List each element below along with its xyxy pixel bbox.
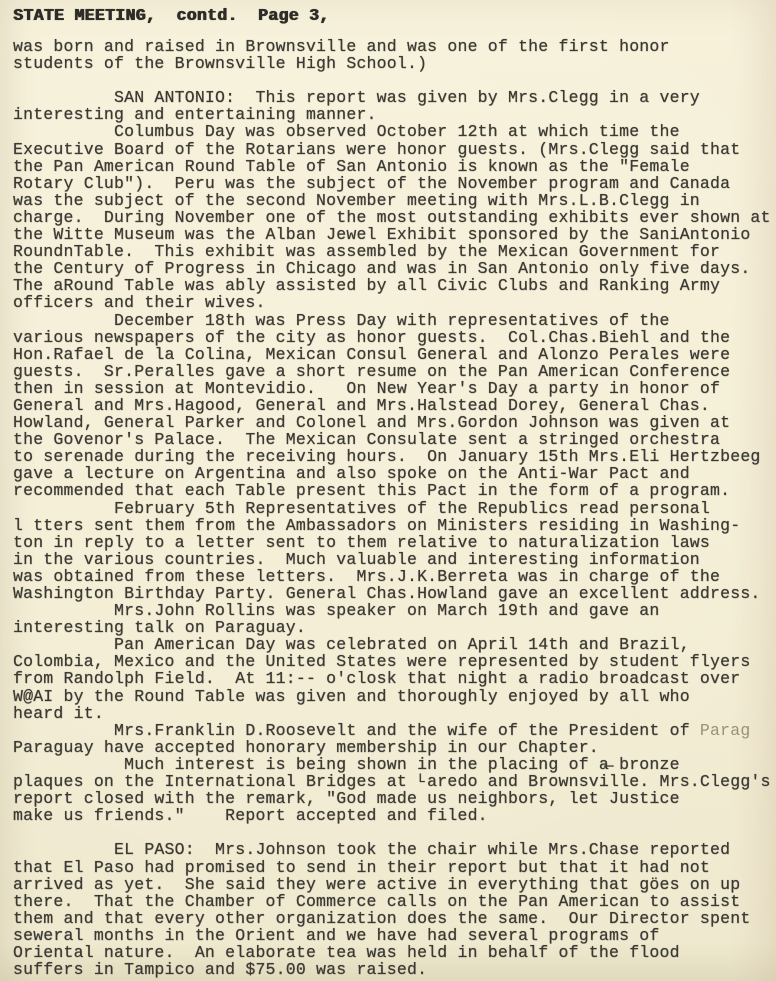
text-line: EL PASO: Mrs.Johnson took the chair whil… — [13, 841, 776, 858]
text-line: students of the Brownsville High School.… — [13, 55, 776, 72]
text-line: Much interest is being shown in the plac… — [13, 756, 776, 773]
text-line: then in session at Montevidio. On New Ye… — [13, 380, 776, 397]
text-line: December 18th was Press Day with represe… — [13, 312, 776, 329]
text-line: RoundnTable. This exhibit was assembled … — [13, 243, 776, 260]
text-line: ton in reply to a letter sent to them re… — [13, 534, 776, 551]
text-line: W@AI by the Round Table was given and th… — [13, 688, 776, 705]
text-line: The aRound Table was ably assisted by al… — [13, 277, 776, 294]
text-line: to serenade during the receiving hours. … — [13, 448, 776, 465]
text-line: Oriental nature. An elaborate tea was he… — [13, 944, 776, 961]
text-line: Rotary Club"). Peru was the subject of t… — [13, 175, 776, 192]
faded-text: Parag — [700, 721, 751, 740]
text-line: plaques on the International Bridges at … — [13, 773, 776, 790]
text-line: Hon.Rafael de la Colina, Mexican Consul … — [13, 346, 776, 363]
page-header: STATE MEETING, contd. Page 3, — [13, 6, 329, 25]
text-line: Washington Birthday Party. General Chas.… — [13, 585, 776, 602]
text-line: Howland, General Parker and Colonel and … — [13, 414, 776, 431]
text-line: l tters sent them from the Ambassadors o… — [13, 517, 776, 534]
text-line: guests. Sr.Peralles gave a short resume … — [13, 363, 776, 380]
text-line: was obtained from these letters. Mrs.J.K… — [13, 568, 776, 585]
text-line: various newspapers of the city as honor … — [13, 329, 776, 346]
text-line: Columbus Day was observed October 12th a… — [13, 123, 776, 140]
text-line: Mrs.John Rollins was speaker on March 19… — [13, 602, 776, 619]
text-line-main: Mrs.Franklin D.Roosevelt and the wife of… — [13, 721, 700, 740]
text-line: was the subject of the second November m… — [13, 192, 776, 209]
text-line — [13, 72, 776, 89]
text-line: the Pan American Round Table of San Anto… — [13, 158, 776, 175]
text-line: the Witte Museum was the Alban Jewel Exh… — [13, 226, 776, 243]
text-line: in the various countries. Much valuable … — [13, 551, 776, 568]
document-body: was born and raised in Brownsville and w… — [13, 38, 776, 978]
text-line: Executive Board of the Rotarians were ho… — [13, 141, 776, 158]
text-line: suffers in Tampico and $75.00 was raised… — [13, 961, 776, 978]
text-line: gave a lecture on Argentina and also spo… — [13, 465, 776, 482]
text-line: charge. During November one of the most … — [13, 209, 776, 226]
text-line: heard it. — [13, 705, 776, 722]
text-line: February 5th Representatives of the Repu… — [13, 500, 776, 517]
text-line: that El Paso had promised to send in the… — [13, 859, 776, 876]
text-line: make us friends." Report accepted and fi… — [13, 807, 776, 824]
typewritten-document-page: STATE MEETING, contd. Page 3, was born a… — [0, 0, 776, 981]
text-line: General and Mrs.Hagood, General and Mrs.… — [13, 397, 776, 414]
text-line: from Randolph Field. At 11:-- o'closk th… — [13, 670, 776, 687]
text-line: them and that every other organization d… — [13, 910, 776, 927]
text-line: SAN ANTONIO: This report was given by Mr… — [13, 89, 776, 106]
text-line: there. That the Chamber of Commerce call… — [13, 893, 776, 910]
text-line: report closed with the remark, "God made… — [13, 790, 776, 807]
text-line: Pan American Day was celebrated on April… — [13, 636, 776, 653]
text-line: interesting talk on Paraguay. — [13, 619, 776, 636]
text-line: officers and their wives. — [13, 294, 776, 311]
text-line: seweral months in the Orient and we have… — [13, 927, 776, 944]
text-line: recommended that each Table present this… — [13, 482, 776, 499]
text-line: was born and raised in Brownsville and w… — [13, 38, 776, 55]
text-line: interesting and entertaining manner. — [13, 106, 776, 123]
text-line — [13, 824, 776, 841]
text-line: Colombia, Mexico and the United States w… — [13, 653, 776, 670]
text-line: arrived as yet. She said they were activ… — [13, 876, 776, 893]
text-line: the Govenor's Palace. The Mexican Consul… — [13, 431, 776, 448]
text-line: the Century of Progress in Chicago and w… — [13, 260, 776, 277]
text-line: Paraguay have accepted honorary membersh… — [13, 739, 776, 756]
text-line: Mrs.Franklin D.Roosevelt and the wife of… — [13, 722, 776, 739]
